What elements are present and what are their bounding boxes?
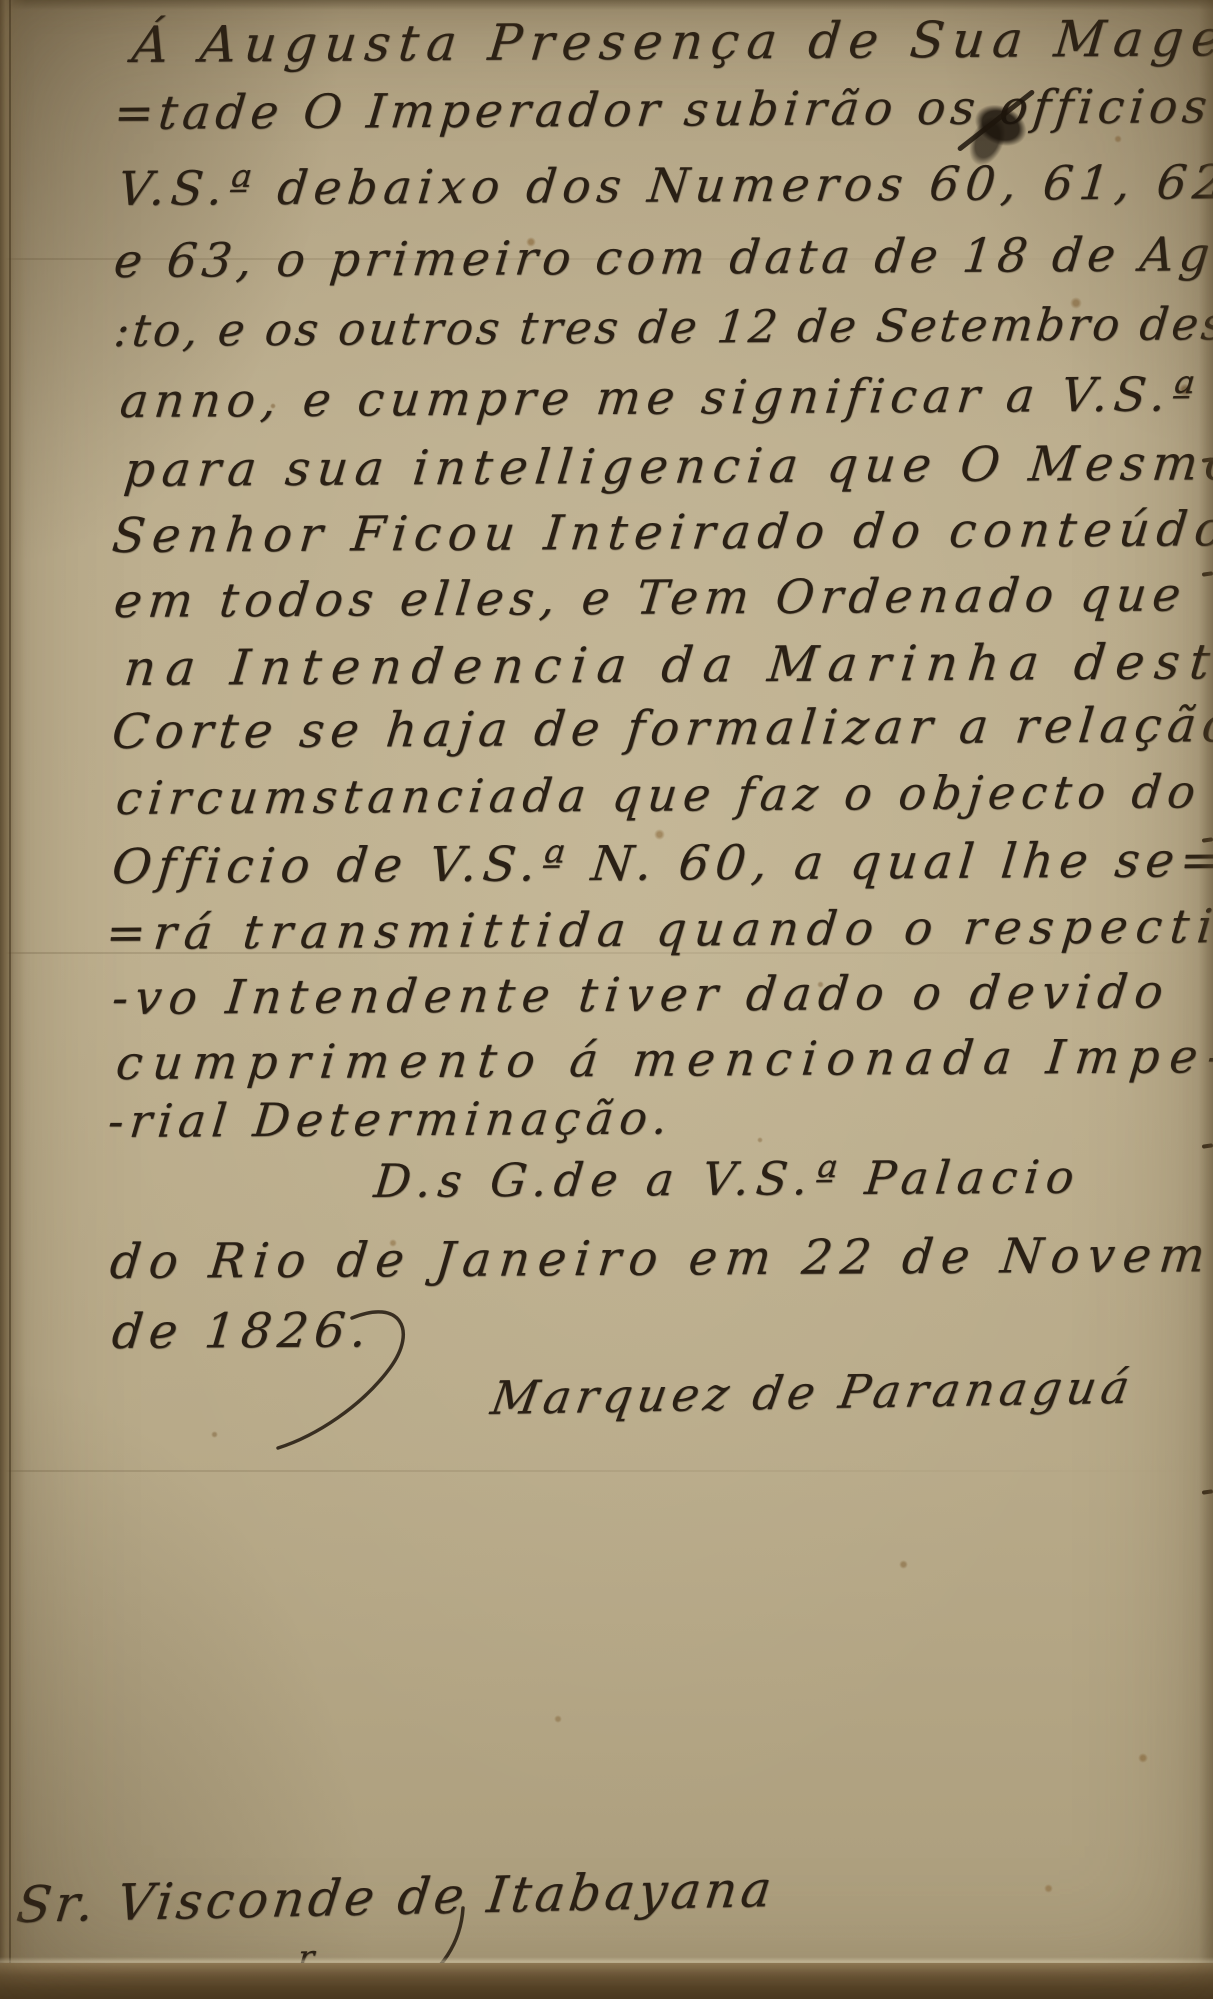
manuscript-line: e 63, o primeiro com data de 18 de Agos=: [112, 231, 1213, 285]
manuscript-line: anno, e cumpre me significar a V.S.ª: [118, 371, 1202, 425]
manuscript-line: na Intendencia da Marinha desta: [122, 637, 1213, 693]
manuscript-line: -vo Intendente tiver dado o devido: [110, 969, 1172, 1022]
manuscript-line: Corte se haja de formalizar a relação: [110, 701, 1213, 756]
manuscript-line: cumprimento á mencionada Impe-: [114, 1033, 1213, 1087]
closing-formula-line: D.s G.de a V.S.ª Palacio: [372, 1154, 1083, 1204]
page-bottom-edge: [0, 1963, 1213, 1999]
manuscript-line: para sua intelligencia que O Mesmo: [122, 439, 1213, 494]
manuscript-line: :to, e os outros tres de 12 de Setembro …: [112, 301, 1213, 353]
addressee-line: Sr. Visconde de Itabayana: [14, 1864, 778, 1930]
binding-edge: [0, 0, 26, 1999]
manuscript-line: =tade O Imperador subirão os officios de: [112, 83, 1213, 137]
manuscript-line: Á Augusta Presença de Sua Mages=: [130, 13, 1213, 70]
manuscript-line: Senhor Ficou Inteirado do conteúdo: [110, 505, 1213, 560]
signature: Marquez de Paranaguá: [488, 1364, 1137, 1421]
manuscript-page: Á Augusta Presença de Sua Mages= =tade O…: [0, 0, 1213, 1999]
page-top-shadow: [0, 0, 1213, 10]
manuscript-line: Officio de V.S.ª N. 60, a qual lhe se=: [110, 836, 1213, 891]
page-right-shadow: [1199, 0, 1213, 1999]
dateline: do Rio de Janeiro em 22 de Novembro: [108, 1231, 1213, 1286]
manuscript-line: V.S.ª debaixo dos Numeros 60, 61, 62,: [116, 159, 1213, 213]
manuscript-line: em todos elles, e Tem Ordenado que: [112, 571, 1189, 625]
paper-crease: [0, 1470, 1213, 1472]
dateline-year: de 1826.: [110, 1306, 375, 1356]
binding-edge-line: [9, 0, 11, 1999]
manuscript-line: circumstanciada que faz o objecto do: [114, 768, 1203, 821]
manuscript-line: -rial Determinação.: [106, 1095, 675, 1144]
manuscript-line: =rá transmittida quando o respecti-: [104, 903, 1213, 957]
